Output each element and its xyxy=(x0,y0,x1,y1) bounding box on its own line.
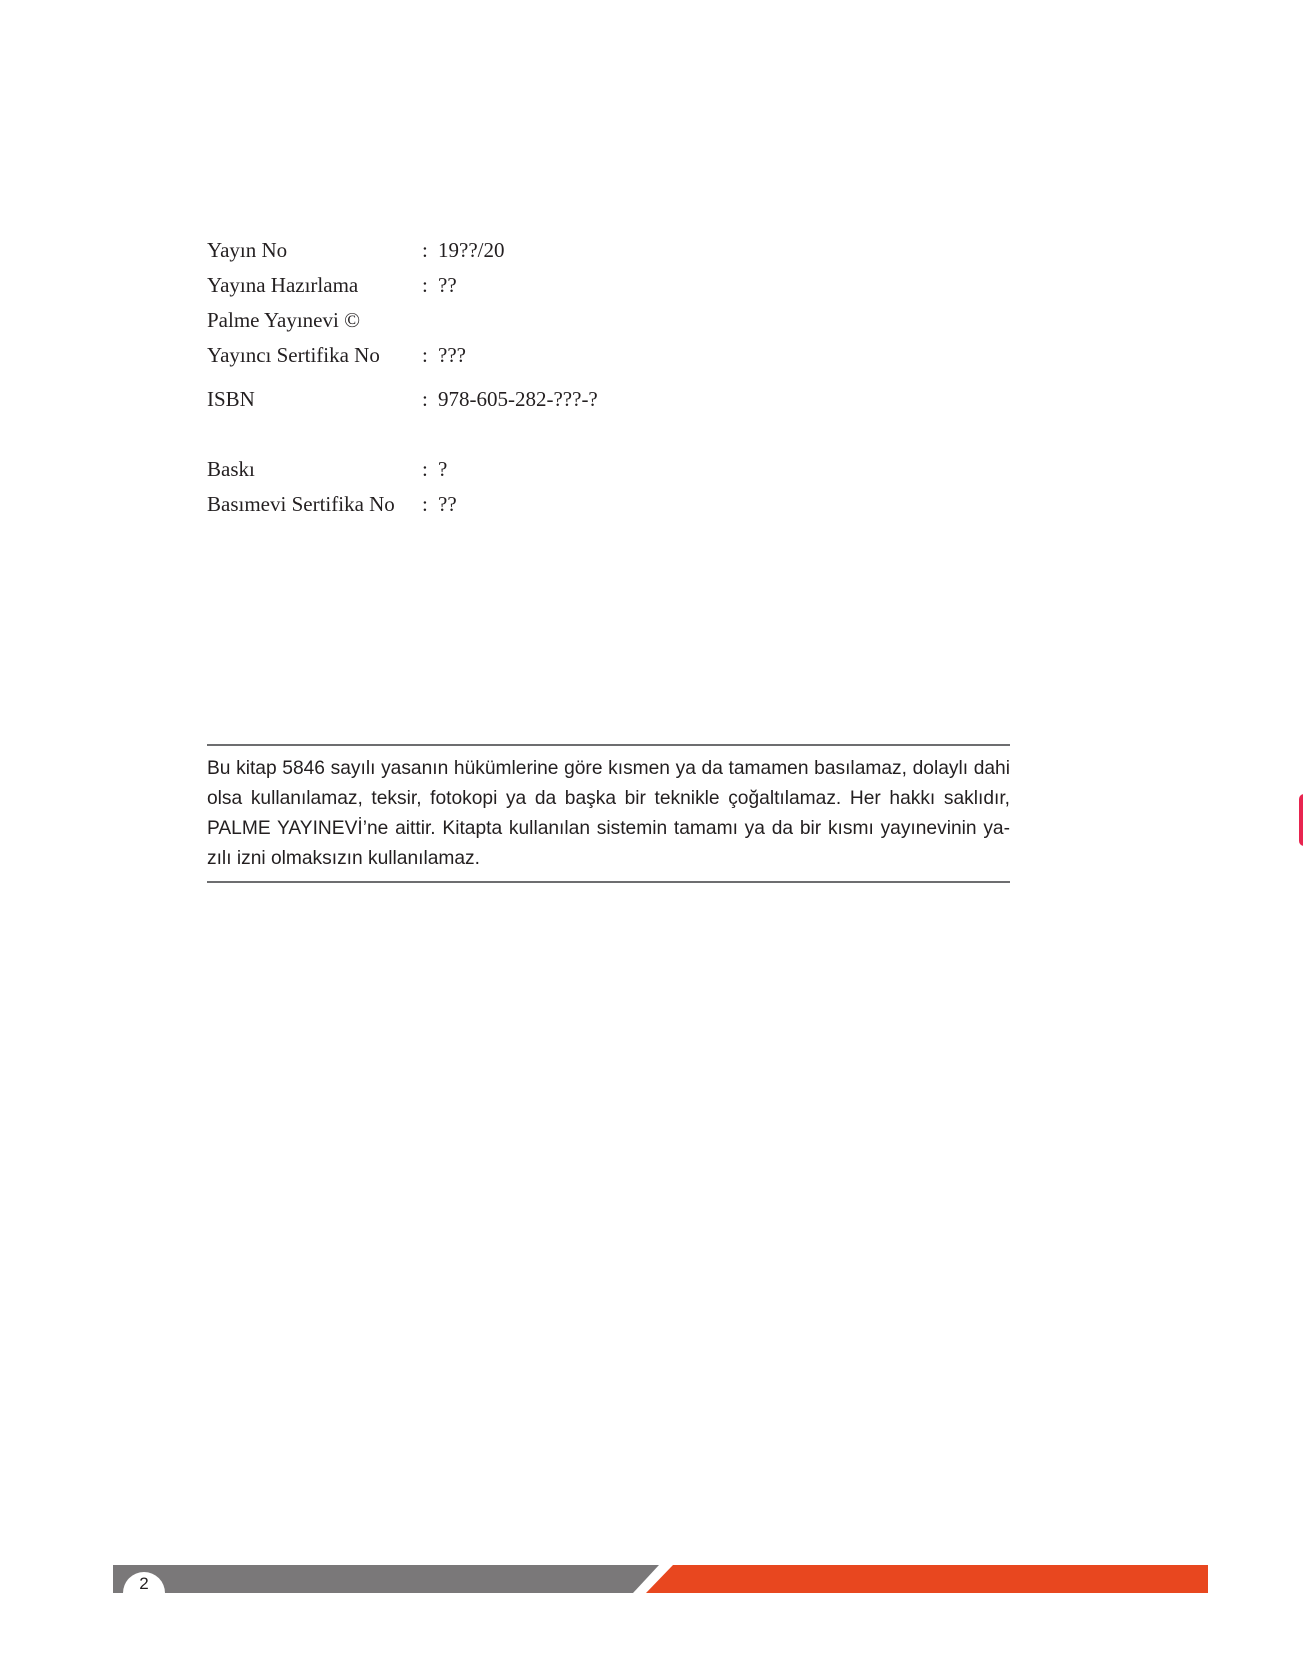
imprint-label: Yayın No xyxy=(207,233,287,268)
page-number: 2 xyxy=(123,1573,165,1593)
imprint-label: Baskı xyxy=(207,452,255,487)
imprint-colon: : xyxy=(422,382,428,417)
imprint-value: ?? xyxy=(438,268,457,303)
imprint-label: Palme Yayınevi © xyxy=(207,303,360,338)
imprint-label: ISBN xyxy=(207,382,255,417)
imprint-label: Yayıncı Sertifika No xyxy=(207,338,380,373)
imprint-colon: : xyxy=(422,487,428,522)
imprint-value: 19??/20 xyxy=(438,233,504,268)
imprint-colon: : xyxy=(422,233,428,268)
imprint-label: Yayına Hazırlama xyxy=(207,268,358,303)
footer-stripes xyxy=(0,1565,1303,1593)
imprint-label: Basımevi Sertifika No xyxy=(207,487,395,522)
copyright-notice: Bu kitap 5846 sayılı yasanın hükümlerine… xyxy=(207,744,1010,883)
imprint-value: 978-605-282-???-? xyxy=(438,382,598,417)
imprint-colon: : xyxy=(422,268,428,303)
imprint-value: ?? xyxy=(438,487,457,522)
side-tab-marker xyxy=(1299,794,1303,846)
page-footer-bar: 2 xyxy=(0,1565,1303,1593)
imprint-colon: : xyxy=(422,338,428,373)
imprint-value: ??? xyxy=(438,338,466,373)
footer-accent-stripe xyxy=(646,1565,1208,1593)
imprint-colon: : xyxy=(422,452,428,487)
footer-gray-stripe xyxy=(113,1565,659,1593)
imprint-value: ? xyxy=(438,452,447,487)
